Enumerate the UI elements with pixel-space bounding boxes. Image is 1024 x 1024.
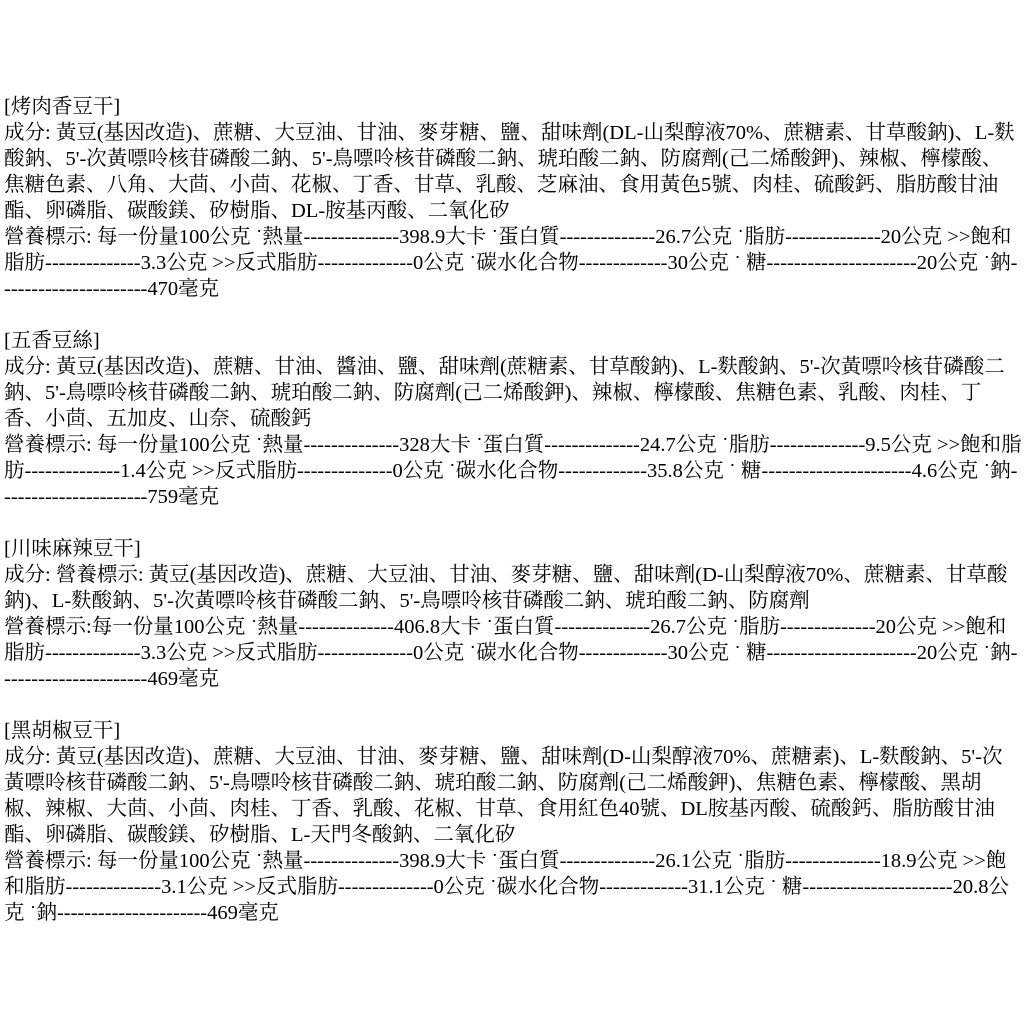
ingredients-text: 成分: 營養標示: 黃豆(基因改造)、蔗糖、大豆油、甘油、麥芽糖、鹽、甜味劑(D… [4,562,1022,614]
ingredients-text: 成分: 黃豆(基因改造)、蔗糖、大豆油、甘油、麥芽糖、鹽、甜味劑(DL-山梨醇液… [4,120,1022,224]
product-section-five-spice-tofu-shreds: [五香豆絲] 成分: 黃豆(基因改造)、蔗糖、甘油、醬油、鹽、甜味劑(蔗糖素、甘… [4,328,1022,510]
ingredients-text: 成分: 黃豆(基因改造)、蔗糖、甘油、醬油、鹽、甜味劑(蔗糖素、甘草酸鈉)、L-… [4,354,1022,432]
nutrition-facts-text: 營養標示:每一份量100公克 ˙熱量--------------406.8大卡 … [4,614,1022,692]
nutrition-facts-text: 營養標示: 每一份量100公克 ˙熱量--------------398.9大卡… [4,848,1022,926]
nutrition-facts-text: 營養標示: 每一份量100公克 ˙熱量--------------398.9大卡… [4,224,1022,302]
nutrition-facts-text: 營養標示: 每一份量100公克 ˙熱量--------------328大卡 ˙… [4,432,1022,510]
product-section-bbq-dried-tofu: [烤肉香豆干] 成分: 黃豆(基因改造)、蔗糖、大豆油、甘油、麥芽糖、鹽、甜味劑… [4,94,1022,302]
product-section-black-pepper-dried-tofu: [黑胡椒豆干] 成分: 黃豆(基因改造)、蔗糖、大豆油、甘油、麥芽糖、鹽、甜味劑… [4,718,1022,926]
ingredients-text: 成分: 黃豆(基因改造)、蔗糖、大豆油、甘油、麥芽糖、鹽、甜味劑(D-山梨醇液7… [4,744,1022,848]
product-title: [川味麻辣豆干] [4,536,1022,562]
product-title: [烤肉香豆干] [4,94,1022,120]
product-title: [五香豆絲] [4,328,1022,354]
product-section-sichuan-spicy-dried-tofu: [川味麻辣豆干] 成分: 營養標示: 黃豆(基因改造)、蔗糖、大豆油、甘油、麥芽… [4,536,1022,692]
product-title: [黑胡椒豆干] [4,718,1022,744]
product-info-document: [烤肉香豆干] 成分: 黃豆(基因改造)、蔗糖、大豆油、甘油、麥芽糖、鹽、甜味劑… [4,94,1022,952]
